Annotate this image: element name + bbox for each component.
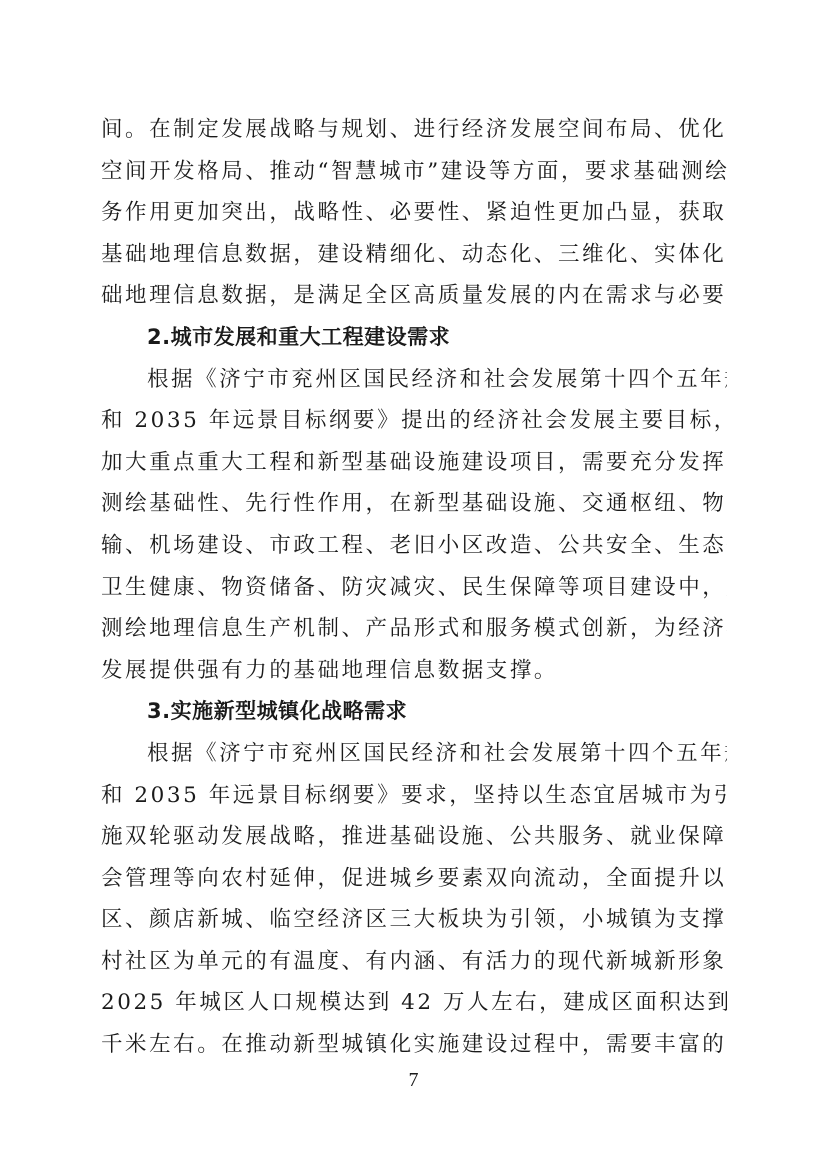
text-line: 施双轮驱动发展战略，推进基础设施、公共服务、就业保障、社: [101, 816, 727, 858]
paragraph-urban-development: 根据《济宁市兖州区国民经济和社会发展第十四个五年规划 和 2035 年远景目标纲…: [101, 359, 727, 692]
paragraph-continued: 间。在制定发展战略与规划、进行经济发展空间布局、优化国土 空间开发格局、推动“智…: [101, 109, 727, 317]
text-line: 务作用更加突出，战略性、必要性、紧迫性更加凸显，获取全区: [101, 192, 727, 234]
page-body: 间。在制定发展战略与规划、进行经济发展空间布局、优化国土 空间开发格局、推动“智…: [101, 109, 727, 1066]
text-line: 和 2035 年远景目标纲要》提出的经济社会发展主要目标，进一步: [101, 400, 727, 442]
text-line: 区、颜店新城、临空经济区三大板块为引领，小城镇为支撑，农: [101, 899, 727, 941]
text-line: 根据《济宁市兖州区国民经济和社会发展第十四个五年规划: [101, 359, 727, 401]
section-heading-3: 3.实施新型城镇化战略需求: [101, 691, 727, 733]
section-heading-2: 2.城市发展和重大工程建设需求: [101, 317, 727, 359]
text-line: 千米左右。在推动新型城镇化实施建设过程中，需要丰富的基础: [101, 1024, 727, 1066]
text-line: 加大重点重大工程和新型基础设施建设项目，需要充分发挥基础: [101, 442, 727, 484]
text-line: 测绘基础性、先行性作用，在新型基础设施、交通枢纽、物流运: [101, 483, 727, 525]
text-line: 和 2035 年远景目标纲要》要求，坚持以生态宜居城市为引领，实: [101, 775, 727, 817]
text-line: 卫生健康、物资储备、防灾减灾、民生保障等项目建设中，加强: [101, 567, 727, 609]
text-line: 会管理等向农村延伸，促进城乡要素双向流动，全面提升以主城: [101, 858, 727, 900]
text-line: 间。在制定发展战略与规划、进行经济发展空间布局、优化国土: [101, 109, 727, 151]
text-line: 根据《济宁市兖州区国民经济和社会发展第十四个五年规划: [101, 733, 727, 775]
text-line: 输、机场建设、市政工程、老旧小区改造、公共安全、生态保护、: [101, 525, 727, 567]
page-number: 7: [0, 1069, 827, 1092]
text-line: 村社区为单元的有温度、有内涵、有活力的现代新城新形象。到: [101, 941, 727, 983]
text-line: 空间开发格局、推动“智慧城市”建设等方面，要求基础测绘服: [101, 151, 727, 193]
document-page: 间。在制定发展战略与规划、进行经济发展空间布局、优化国土 空间开发格局、推动“智…: [0, 0, 827, 1169]
text-line: 础地理信息数据，是满足全区高质量发展的内在需求与必要条件。: [101, 275, 727, 317]
text-line: 发展提供强有力的基础地理信息数据支撑。: [101, 650, 727, 692]
paragraph-urbanization: 根据《济宁市兖州区国民经济和社会发展第十四个五年规划 和 2035 年远景目标纲…: [101, 733, 727, 1066]
text-line: 基础地理信息数据，建设精细化、动态化、三维化、实体化的基: [101, 234, 727, 276]
text-line: 测绘地理信息生产机制、产品形式和服务模式创新，为经济社会: [101, 608, 727, 650]
text-line: 2025 年城区人口规模达到 42 万人左右，建成区面积达到 60 平方: [101, 982, 727, 1024]
